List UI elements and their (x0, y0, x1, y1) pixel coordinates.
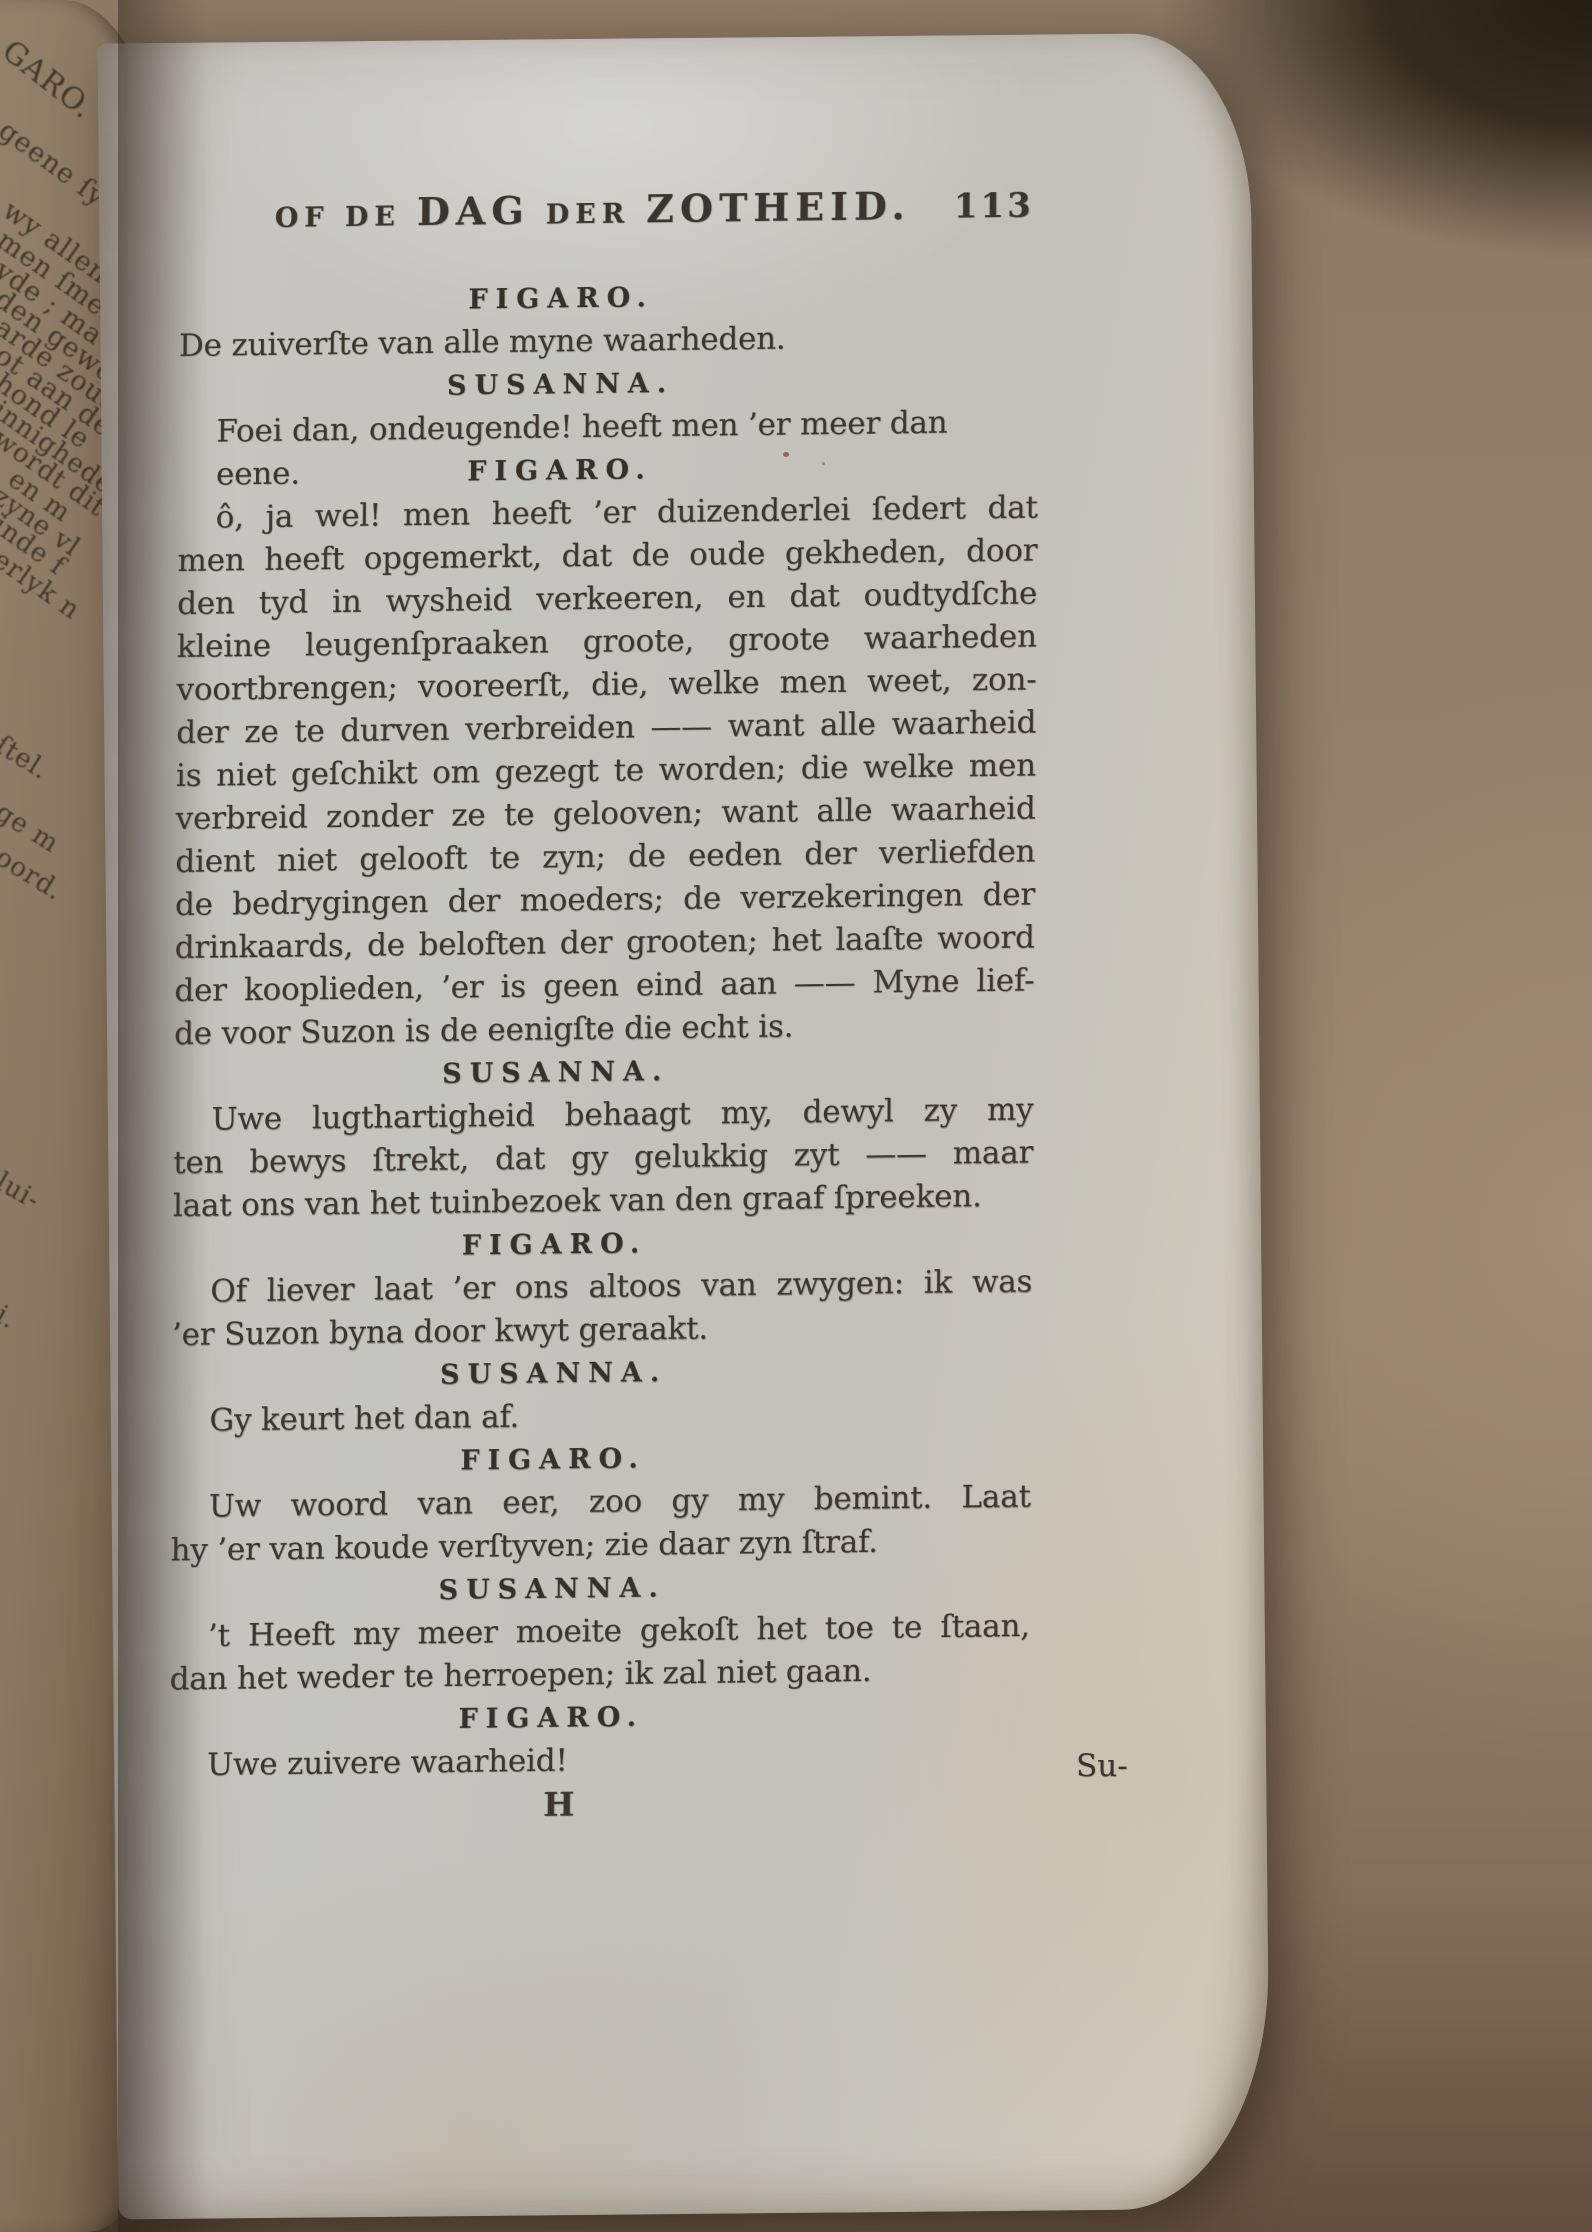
title-part: DER (546, 198, 631, 230)
signature-mark: H (129, 1777, 989, 1831)
printed-content-layer: OF DEDAGDERZOTHEID. 113 FIGARO.De zuiver… (0, 0, 1592, 2232)
page-number: 113 (954, 186, 1034, 227)
running-header: OF DEDAGDERZOTHEID. 113 (180, 181, 1040, 238)
chapter-title: OF DEDAGDERZOTHEID. (198, 182, 988, 237)
text-block: OF DEDAGDERZOTHEID. 113 FIGARO.De zuiver… (169, 181, 1040, 1830)
title-part: OF DE (275, 201, 401, 234)
dialogue-text: FIGARO.De zuiverſte van alle myne waarhe… (169, 272, 1039, 1788)
photographed-book-page: GARO.geene ſywy allenmen ſmelyde ; maden… (0, 0, 1592, 2232)
title-part: DAG (417, 188, 530, 234)
title-part: ZOTHEID. (646, 183, 911, 231)
catchword: Su- (1076, 1748, 1128, 1784)
